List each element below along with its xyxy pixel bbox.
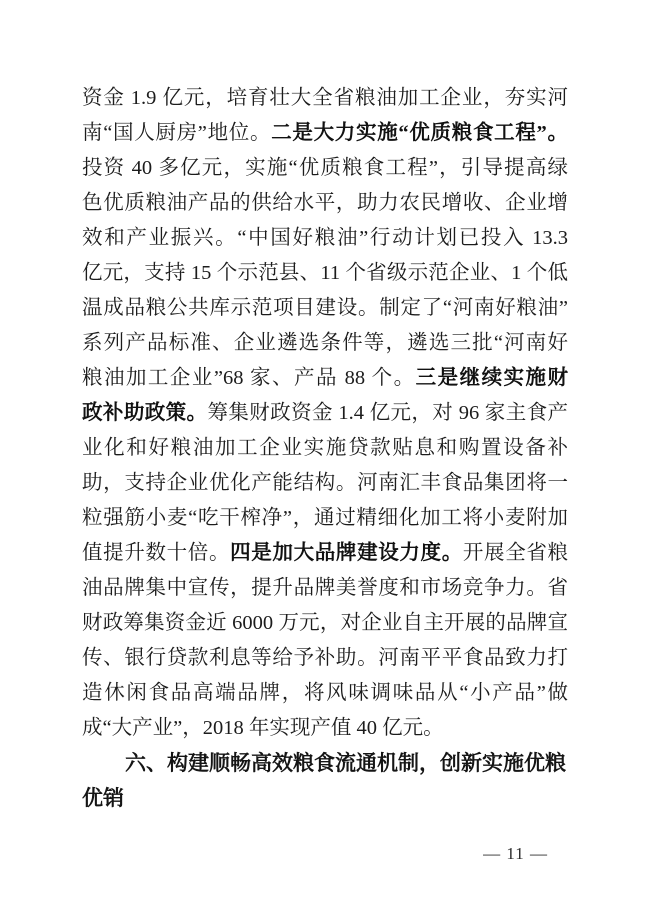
text-line: 投资 40 多亿元，实施“优质粮食工程”，引导提高绿 <box>82 151 568 186</box>
section-heading-line: 六、构建顺畅高效粮食流通机制，创新实施优粮 <box>82 746 568 781</box>
text-segment: 系列产品标准、企业遴选条件等，遴选三批“河南好 <box>82 332 568 354</box>
bold-text-segment: 四是加大品牌建设力度。 <box>230 542 463 564</box>
text-line: 粒强筋小麦“吃干榨净”，通过精细化加工将小麦附加 <box>82 501 568 536</box>
text-segment: 粮油加工企业”68 家、产品 88 个。 <box>82 367 416 389</box>
text-segment: 业化和好粮油加工企业实施贷款贴息和购置设备补 <box>82 437 568 459</box>
text-line: 温成品粮公共库示范项目建设。制定了“河南好粮油” <box>82 291 568 326</box>
text-line: 油品牌集中宣传，提升品牌美誉度和市场竞争力。省 <box>82 571 568 606</box>
text-segment: 开展全省粮 <box>463 542 568 564</box>
text-segment: 优销 <box>82 787 124 810</box>
document-body: 资金 1.9 亿元，培育壮大全省粮油加工企业，夯实河南“国人厨房”地位。二是大力… <box>82 81 568 816</box>
text-segment: 色优质粮油产品的供给水平，助力农民增收、企业增 <box>82 192 568 214</box>
text-line: 成“大产业”，2018 年实现产值 40 亿元。 <box>82 711 568 746</box>
text-line: 色优质粮油产品的供给水平，助力农民增收、企业增 <box>82 186 568 221</box>
text-line: 政补助政策。筹集财政资金 1.4 亿元，对 96 家主食产 <box>82 396 568 431</box>
text-segment: 传、银行贷款利息等给予补助。河南平平食品致力打 <box>82 647 568 669</box>
text-segment: 资金 1.9 亿元，培育壮大全省粮油加工企业，夯实河 <box>82 87 568 109</box>
text-segment: 油品牌集中宣传，提升品牌美誉度和市场竞争力。省 <box>82 577 568 599</box>
bold-text-segment: 二是大力实施“优质粮食工程”。 <box>271 122 568 144</box>
text-segment: 六、构建顺畅高效粮食流通机制，创新实施优粮 <box>125 752 566 775</box>
text-line: 业化和好粮油加工企业实施贷款贴息和购置设备补 <box>82 431 568 466</box>
text-segment: 造休闲食品高端品牌，将风味调味品从“小产品”做 <box>82 682 568 704</box>
text-segment: 温成品粮公共库示范项目建设。制定了“河南好粮油” <box>82 297 568 319</box>
text-line: 亿元，支持 15 个示范县、11 个省级示范企业、1 个低 <box>82 256 568 291</box>
text-segment: 亿元，支持 15 个示范县、11 个省级示范企业、1 个低 <box>82 262 568 284</box>
text-segment: 筹集财政资金 1.4 亿元，对 96 家主食产 <box>207 402 568 424</box>
text-line: 南“国人厨房”地位。二是大力实施“优质粮食工程”。 <box>82 116 568 151</box>
page-number: — 11 — <box>483 843 548 865</box>
text-segment: 成“大产业”，2018 年实现产值 40 亿元。 <box>82 717 444 739</box>
text-segment: 南“国人厨房”地位。 <box>82 122 271 144</box>
text-segment: 效和产业振兴。“中国好粮油”行动计划已投入 13.3 <box>82 227 568 249</box>
bold-text-segment: 三是继续实施财 <box>416 367 568 389</box>
document-page: 资金 1.9 亿元，培育壮大全省粮油加工企业，夯实河南“国人厨房”地位。二是大力… <box>0 0 650 919</box>
text-line: 财政筹集资金近 6000 万元，对企业自主开展的品牌宣 <box>82 606 568 641</box>
text-line: 传、银行贷款利息等给予补助。河南平平食品致力打 <box>82 641 568 676</box>
text-line: 粮油加工企业”68 家、产品 88 个。三是继续实施财 <box>82 361 568 396</box>
text-segment: 投资 40 多亿元，实施“优质粮食工程”，引导提高绿 <box>82 157 568 179</box>
text-segment: 值提升数十倍。 <box>82 542 230 564</box>
text-line: 造休闲食品高端品牌，将风味调味品从“小产品”做 <box>82 676 568 711</box>
text-line: 系列产品标准、企业遴选条件等，遴选三批“河南好 <box>82 326 568 361</box>
text-line: 资金 1.9 亿元，培育壮大全省粮油加工企业，夯实河 <box>82 81 568 116</box>
text-segment: 粒强筋小麦“吃干榨净”，通过精细化加工将小麦附加 <box>82 507 568 529</box>
text-segment: 财政筹集资金近 6000 万元，对企业自主开展的品牌宣 <box>82 612 568 634</box>
text-line: 值提升数十倍。四是加大品牌建设力度。开展全省粮 <box>82 536 568 571</box>
text-segment: 助，支持企业优化产能结构。河南汇丰食品集团将一 <box>82 472 568 494</box>
text-line: 助，支持企业优化产能结构。河南汇丰食品集团将一 <box>82 466 568 501</box>
text-line: 效和产业振兴。“中国好粮油”行动计划已投入 13.3 <box>82 221 568 256</box>
section-heading-line: 优销 <box>82 781 568 816</box>
bold-text-segment: 政补助政策。 <box>82 402 207 424</box>
